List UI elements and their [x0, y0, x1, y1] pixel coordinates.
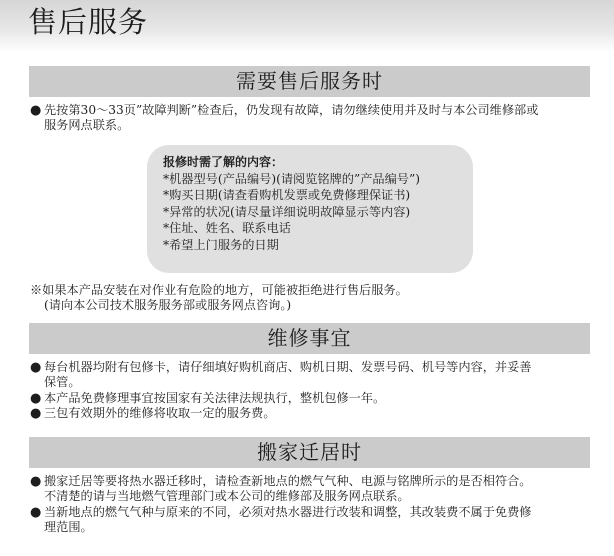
- section-header-after-sales-service: 需要售后服务时: [29, 66, 590, 97]
- bullet-item: ● 当新地点的燃气气种与原来的不同，必须对热水器进行改装和调整，其改装费不属于免…: [30, 505, 600, 536]
- note-line: ※如果本产品安装在对作业有危险的地方，可能被拒绝进行售后服务。: [30, 283, 408, 298]
- section-repair-bullets: ● 每台机器均附有包修卡，请仔细填好购机商店、购机日期、发票号码、机号等内容，并…: [30, 360, 600, 421]
- section-relocation-bullets: ● 搬家迁居等要将热水器迁移时，请检查新地点的燃气气种、电源与铭牌所示的是否相符…: [30, 474, 600, 535]
- section-heading: 维修事宜: [29, 323, 590, 354]
- bullet-text-line: 保管。: [44, 375, 600, 390]
- bullet-text-line: 不清楚的请与当地燃气管理部门或本公司的维修部及服务网点联系。: [44, 489, 600, 504]
- title-band: 售后服务: [0, 0, 614, 52]
- bullet-icon: ●: [30, 360, 41, 375]
- bullet-icon: ●: [30, 103, 41, 118]
- bullet-icon: ●: [30, 391, 41, 406]
- bullet-text-line: 三包有效期外的维修将收取一定的服务费。: [44, 406, 600, 421]
- section-heading: 搬家迁居时: [29, 437, 590, 468]
- info-item-model: *机器型号(产品编号)(请阅览铭牌的”产品编号”): [163, 171, 420, 188]
- page-title: 售后服务: [28, 4, 148, 40]
- info-item-purchase-date: *购买日期(请查看购机发票或免费修理保证书): [163, 187, 420, 204]
- note-line: (请向本公司技术服务服务部或服务网点咨询。): [30, 298, 408, 313]
- bullet-item: ● 三包有效期外的维修将收取一定的服务费。: [30, 406, 600, 421]
- bullet-item: ● 每台机器均附有包修卡，请仔细填好购机商店、购机日期、发票号码、机号等内容，并…: [30, 360, 600, 391]
- bullet-text-line: 理范围。: [44, 520, 600, 535]
- bullet-text-line: 本产品免费修理事宜按国家有关法律法规执行，整机包修一年。: [44, 391, 600, 406]
- section-heading: 需要售后服务时: [29, 66, 590, 97]
- info-item-service-date: *希望上门服务的日期: [163, 237, 420, 254]
- info-item-abnormal-condition: *异常的状况(请尽量详细说明故障显示等内容): [163, 204, 420, 221]
- bullet-item: ● 本产品免费修理事宜按国家有关法律法规执行，整机包修一年。: [30, 391, 600, 406]
- bullet-item: ● 先按第30～33页”故障判断”检查后，仍发现有故障，请勿继续使用并及时与本公…: [30, 103, 600, 134]
- bullet-icon: ●: [30, 505, 41, 520]
- section-header-repair-matters: 维修事宜: [29, 323, 590, 354]
- bullet-text-line: 当新地点的燃气气种与原来的不同，必须对热水器进行改装和调整，其改装费不属于免费修: [44, 505, 600, 520]
- bullet-text-line: 每台机器均附有包修卡，请仔细填好购机商店、购机日期、发票号码、机号等内容，并妥善: [44, 360, 600, 375]
- repair-info-box: 报修时需了解的内容： *机器型号(产品编号)(请阅览铭牌的”产品编号”) *购买…: [147, 145, 473, 273]
- hazard-note: ※如果本产品安装在对作业有危险的地方，可能被拒绝进行售后服务。 (请向本公司技术…: [30, 283, 408, 314]
- info-item-contact: *住址、姓名、联系电话: [163, 220, 420, 237]
- section-after-sales-bullets: ● 先按第30～33页”故障判断”检查后，仍发现有故障，请勿继续使用并及时与本公…: [30, 103, 600, 134]
- bullet-icon: ●: [30, 474, 41, 489]
- bullet-text-line: 服务网点联系。: [44, 118, 600, 133]
- bullet-icon: ●: [30, 406, 41, 421]
- info-box-list: *机器型号(产品编号)(请阅览铭牌的”产品编号”) *购买日期(请查看购机发票或…: [163, 171, 420, 254]
- info-box-heading: 报修时需了解的内容：: [163, 154, 283, 171]
- bullet-text-line: 搬家迁居等要将热水器迁移时，请检查新地点的燃气气种、电源与铭牌所示的是否相符合。: [44, 474, 600, 489]
- bullet-item: ● 搬家迁居等要将热水器迁移时，请检查新地点的燃气气种、电源与铭牌所示的是否相符…: [30, 474, 600, 505]
- section-header-relocation: 搬家迁居时: [29, 437, 590, 468]
- bullet-text-line: 先按第30～33页”故障判断”检查后，仍发现有故障，请勿继续使用并及时与本公司维…: [44, 103, 600, 118]
